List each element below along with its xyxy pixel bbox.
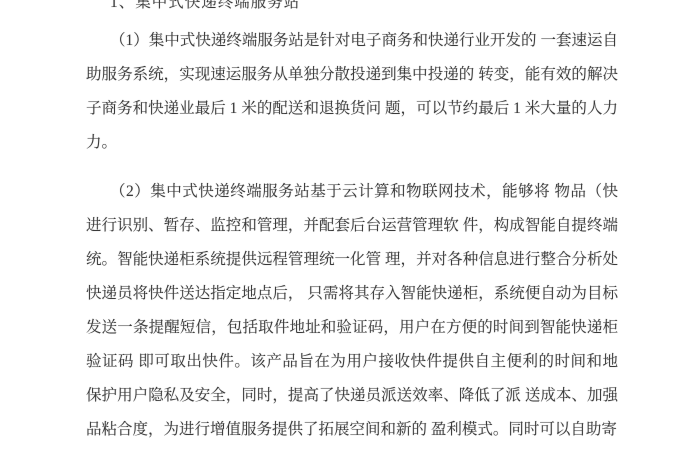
text-line: （2）集中式快递终端服务站基于云计算和物联网技术，能够将 物品（快件）	[86, 175, 618, 209]
text-line: 验证码 即可取出快件。该产品旨在为用户接收快件提供自主便利的时间和地 点，	[86, 345, 618, 379]
paragraph-2: （2）集中式快递终端服务站基于云计算和物联网技术，能够将 物品（快件） 进行识别…	[86, 175, 618, 447]
text-line: 统。智能快递柜系统提供远程管理统一化管 理，并对各种信息进行整合分析处理。	[86, 243, 618, 277]
text-line: 进行识别、暂存、监控和管理，并配套后台运营管理软 件，构成智能自提终端系	[86, 209, 618, 243]
text-line: （1）集中式快递终端服务站是针对电子商务和快递行业开发的 一套速运自	[86, 24, 618, 58]
document-page: 1、集中式快递终端服务站 （1）集中式快递终端服务站是针对电子商务和快递行业开发…	[0, 0, 700, 470]
text-line: 助服务系统，实现速运服务从单独分散投递到集中投递的 转变，能有效的解决电	[86, 58, 618, 92]
text-block: 1、集中式快递终端服务站 （1）集中式快递终端服务站是针对电子商务和快递行业开发…	[86, 0, 618, 447]
text-line: 品粘合度，为进行增值服务提供了拓展空间和新的 盈利模式。同时可以自助寄	[86, 413, 618, 447]
text-line: 力。	[86, 126, 618, 160]
text-line: 子商务和快递业最后 1 米的配送和退换货问 题，可以节约最后 1 米大量的人力物	[86, 92, 618, 126]
paragraph-1: （1）集中式快递终端服务站是针对电子商务和快递行业开发的 一套速运自 助服务系统…	[86, 24, 618, 160]
text-line: 发送一条提醒短信，包括取件地址和验证码，用户在方便的时间到智能快递柜输入	[86, 311, 618, 345]
section-heading: 1、集中式快递终端服务站	[110, 0, 300, 12]
text-line: 快递员将快件送达指定地点后， 只需将其存入智能快递柜，系统便自动为目标用户	[86, 277, 618, 311]
text-line: 保护用户隐私及安全，同时，提高了快递员派送效率、降低了派 送成本、加强了产	[86, 379, 618, 413]
